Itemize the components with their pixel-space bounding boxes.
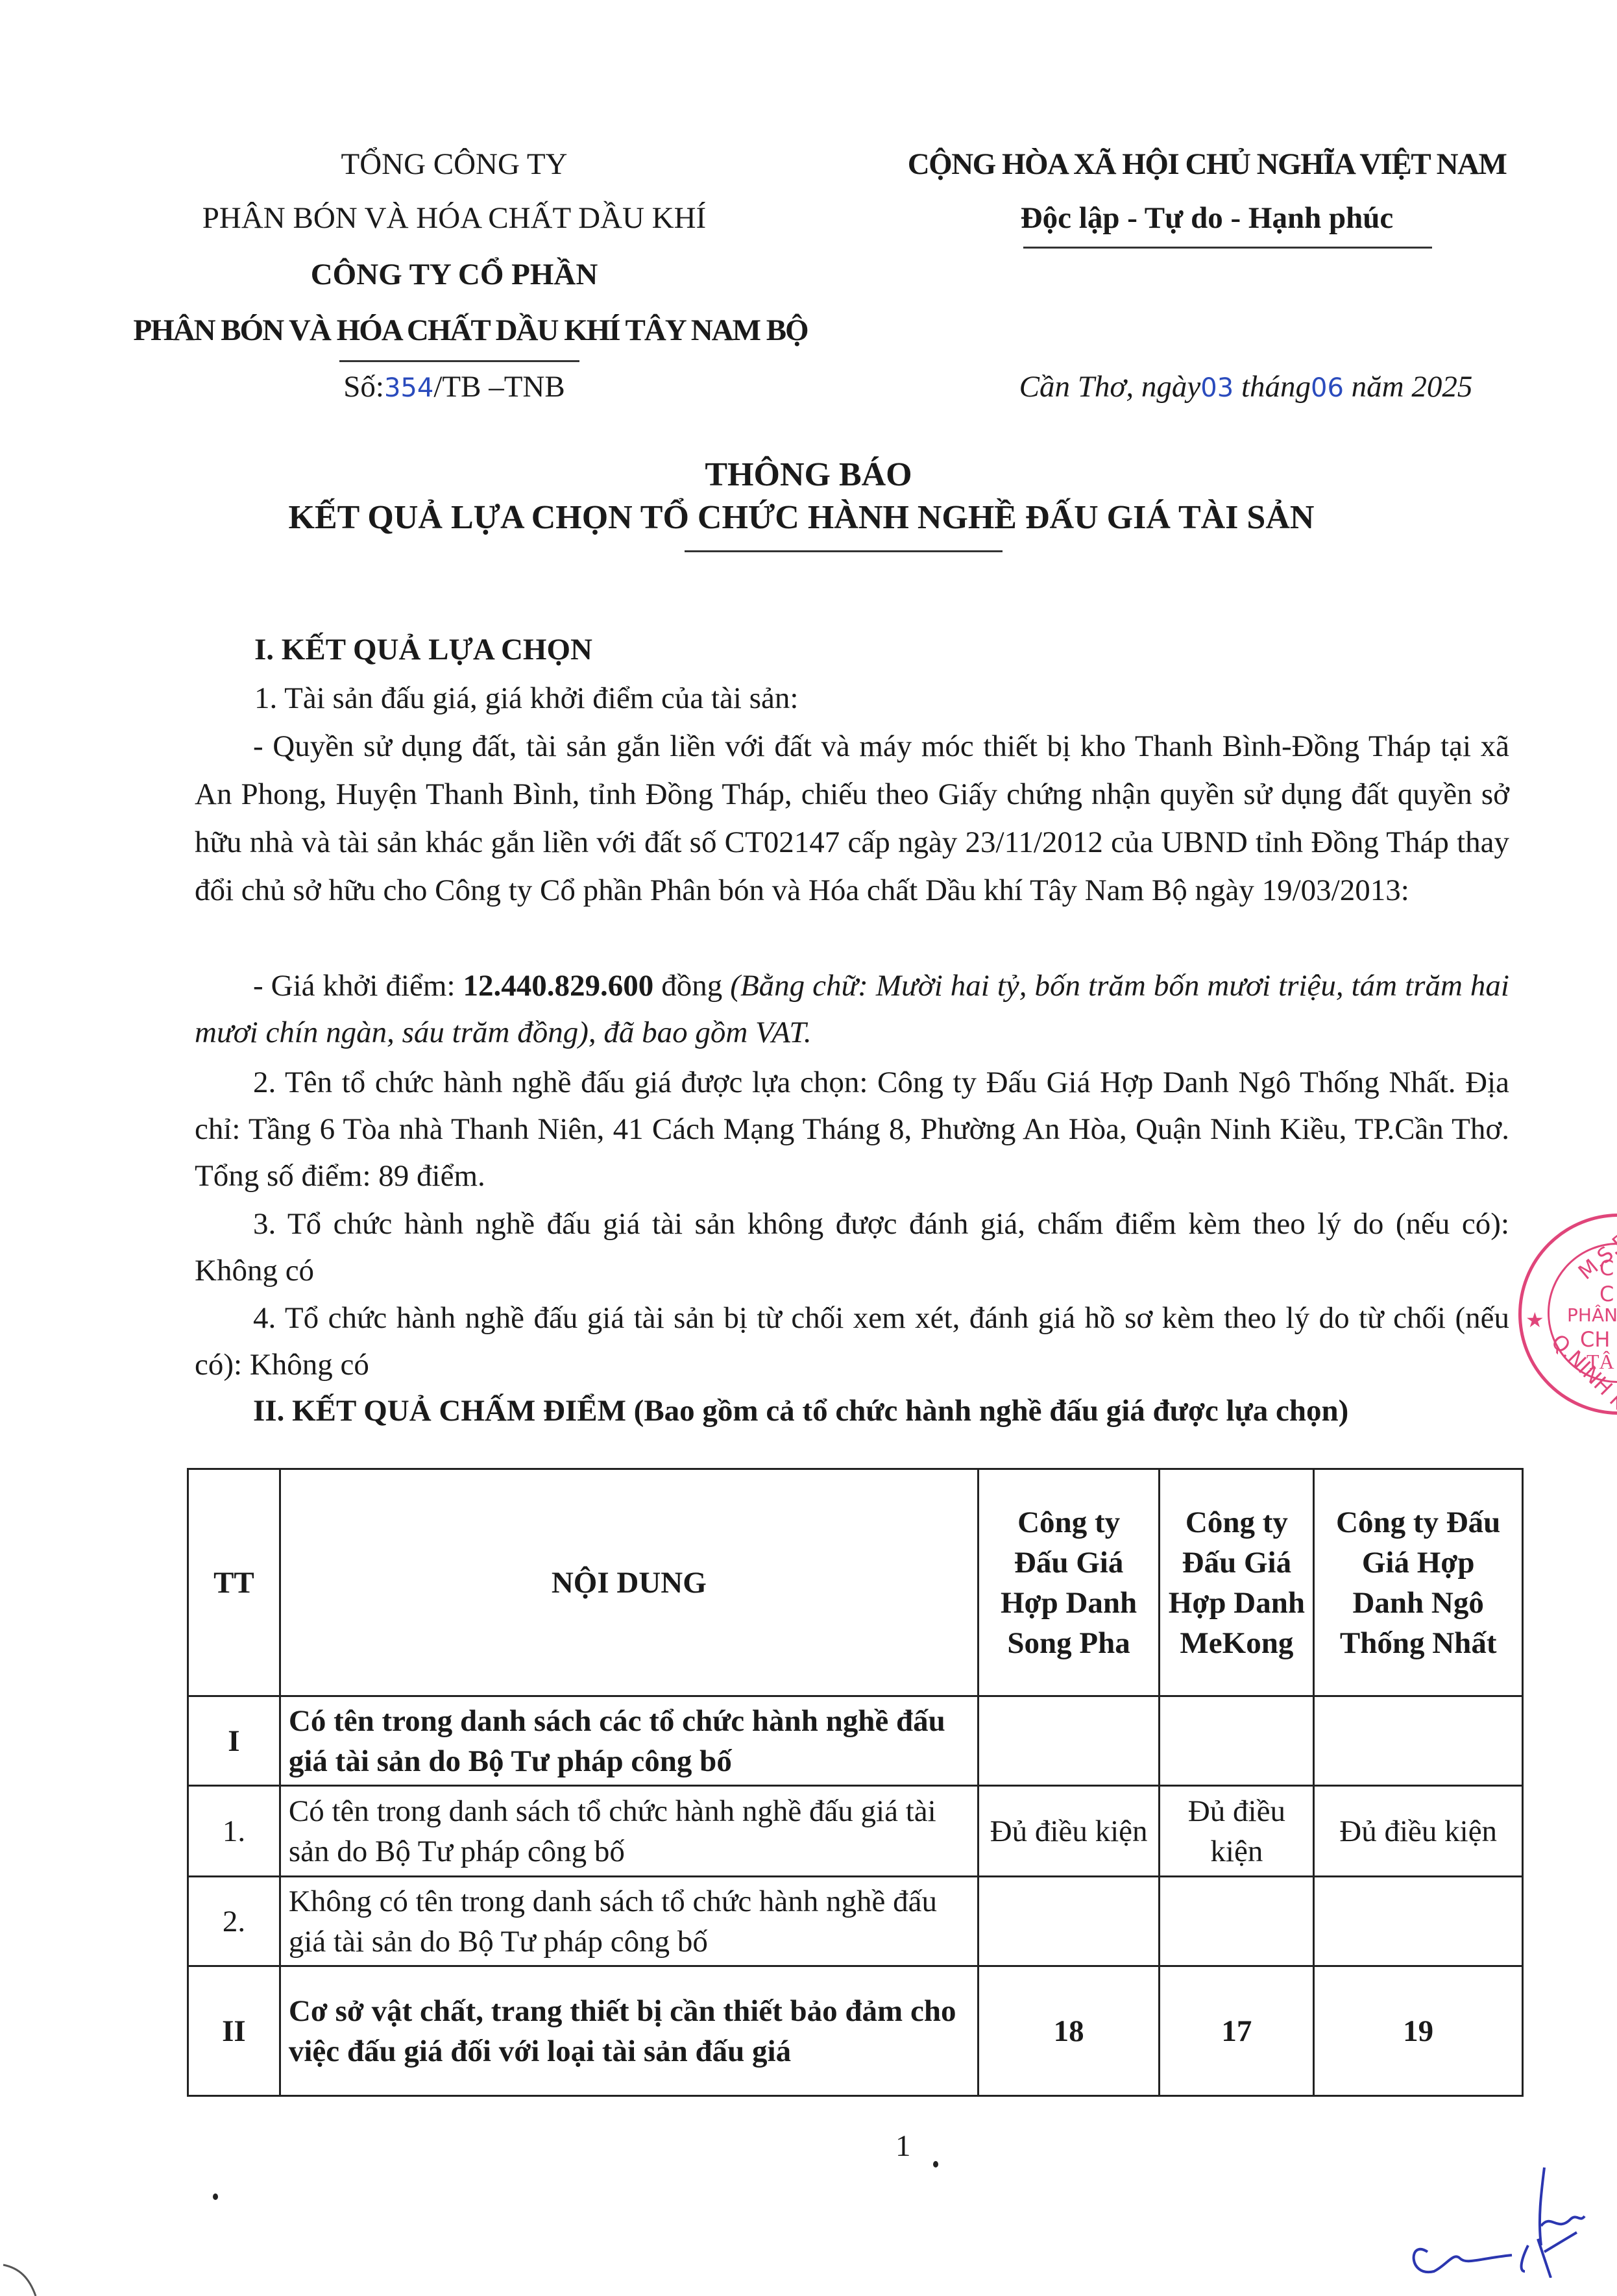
score-table: TT NỘI DUNG Công ty Đấu Giá Hợp Danh Son… [187,1468,1524,2097]
agency-line-1: TỔNG CÔNG TY [91,144,818,184]
row-ngo-thong-nhat-value [1314,1696,1523,1786]
page-number: 1 [895,2129,911,2164]
table-row: 1.Có tên trong danh sách tổ chức hành ng… [188,1786,1523,1877]
row-content: Cơ sở vật chất, trang thiết bị cần thiết… [280,1966,978,2096]
national-motto: Độc lập - Tự do - Hạnh phúc [869,198,1544,238]
row-content: Không có tên trong danh sách tổ chức hàn… [280,1877,978,1966]
asset-description: - Quyền sử dụng đất, tài sản gắn liền vớ… [195,722,1509,914]
agency-line-2: PHÂN BÓN VÀ HÓA CHẤT DẦU KHÍ [91,198,818,238]
document-number: Số:354/TB –TNB [91,367,818,408]
document-date: Cần Thơ, ngày03 tháng06 năm 2025 [908,367,1583,408]
row-ngo-thong-nhat-value: Đủ điều kiện [1314,1786,1523,1877]
stamp-inner-line-4: CH [1580,1327,1610,1352]
header-mekong: Công ty Đấu Giá Hợp Danh MeKong [1160,1469,1314,1696]
stamp-star-icon: ★ [1526,1308,1544,1332]
company-line-1: CÔNG TY CỔ PHẦN [91,254,818,295]
row-ngo-thong-nhat-value [1314,1877,1523,1966]
company-underline [339,360,579,362]
row-mekong-value: Đủ điều kiện [1160,1786,1314,1877]
header-ngo-thong-nhat: Công ty Đấu Giá Hợp Danh Ngô Thống Nhất [1314,1469,1523,1696]
motto-underline [1023,247,1432,249]
section-2-heading: II. KẾT QUẢ CHẤM ĐIỂM (Bao gồm cả tổ chứ… [195,1387,1509,1434]
section-1-item-1: 1. Tài sản đấu giá, giá khởi điểm của tà… [254,675,798,722]
row-tt: II [188,1966,280,2096]
section-1-heading: I. KẾT QUẢ LỰA CHỌN [254,626,592,673]
table-header-row: TT NỘI DUNG Công ty Đấu Giá Hợp Danh Son… [188,1469,1523,1696]
handwritten-day: 03 [1200,373,1234,403]
header-content: NỘI DUNG [280,1469,978,1696]
header-song-pha: Công ty Đấu Giá Hợp Danh Song Pha [978,1469,1160,1696]
handwritten-month: 06 [1311,373,1344,403]
document-title: THÔNG BÁO [0,452,1617,498]
starting-price-value: 12.440.829.600 [463,969,654,1003]
company-line-2: PHÂN BÓN VÀ HÓA CHẤT DẦU KHÍ TÂY NAM BỘ [97,310,844,350]
initials-signature-icon [1382,2148,1590,2278]
row-song-pha-value: 18 [978,1966,1160,2096]
mark-dot [213,2193,218,2200]
scan-edge-mark [0,2252,52,2296]
section-1-item-2: 2. Tên tổ chức hành nghề đấu giá được lự… [195,1059,1509,1199]
row-tt: I [188,1696,280,1786]
section-1-item-3: 3. Tổ chức hành nghề đấu giá tài sản khô… [195,1201,1509,1294]
mark-dot [933,2161,938,2168]
table-row: IICơ sở vật chất, trang thiết bị cần thi… [188,1966,1523,2096]
header-tt: TT [188,1469,280,1696]
row-song-pha-value [978,1696,1160,1786]
stamp-inner-line-3: PHÂN [1567,1304,1617,1326]
company-stamp: M.S.D.N.:18 Q.NINH K ★ C C PHÂN CH TÂ [1518,1214,1617,1415]
row-song-pha-value [978,1877,1160,1966]
row-content: Có tên trong danh sách tổ chức hành nghề… [280,1786,978,1877]
national-title: CỘNG HÒA XÃ HỘI CHỦ NGHĨA VIỆT NAM [869,144,1544,184]
row-mekong-value [1160,1696,1314,1786]
stamp-inner-line-2: C [1599,1282,1614,1306]
row-ngo-thong-nhat-value: 19 [1314,1966,1523,2096]
document-subtitle: KẾT QUẢ LỰA CHỌN TỔ CHỨC HÀNH NGHỀ ĐẤU G… [104,495,1499,541]
stamp-inner-line-5: TÂ [1587,1350,1614,1374]
table-row: 2.Không có tên trong danh sách tổ chức h… [188,1877,1523,1966]
row-song-pha-value: Đủ điều kiện [978,1786,1160,1877]
row-tt: 2. [188,1877,280,1966]
starting-price: - Giá khởi điểm: 12.440.829.600 đồng (Bằ… [195,962,1509,1056]
title-underline [685,550,1003,552]
stamp-inner-line-1: C [1599,1256,1614,1280]
section-1-item-4: 4. Tổ chức hành nghề đấu giá tài sản bị … [195,1295,1509,1388]
table-row: ICó tên trong danh sách các tổ chức hành… [188,1696,1523,1786]
row-mekong-value: 17 [1160,1966,1314,2096]
handwritten-number: 354 [384,373,433,403]
row-tt: 1. [188,1786,280,1877]
row-mekong-value [1160,1877,1314,1966]
row-content: Có tên trong danh sách các tổ chức hành … [280,1696,978,1786]
